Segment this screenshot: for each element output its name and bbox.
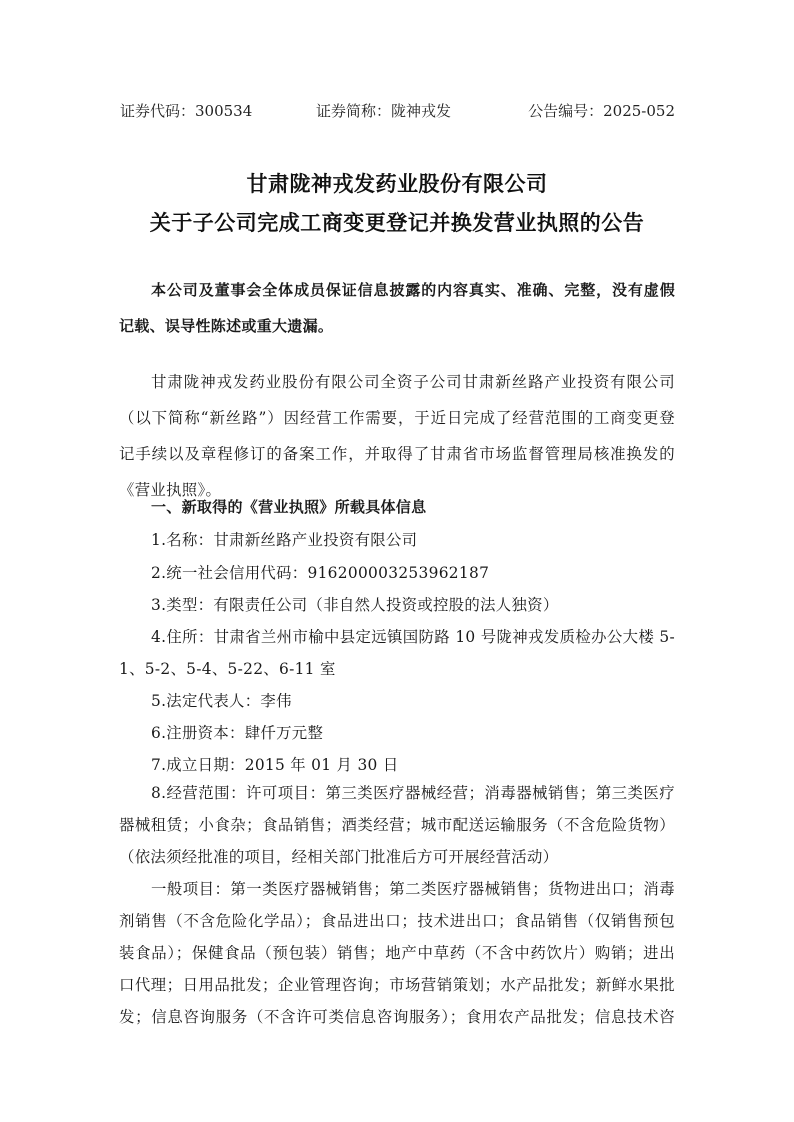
general-line-4: 口代理；日用品批发；企业管理咨询；市场营销策划；水产品批发；新鲜水果批 <box>119 973 675 995</box>
general-line-1: 一般项目：第一类医疗器械销售；第二类医疗器械销售；货物进出口；消毒 <box>151 877 675 899</box>
statement-line-2: 记载、误导性陈述或重大遗漏。 <box>119 315 675 336</box>
statement-line-1: 本公司及董事会全体成员保证信息披露的内容真实、准确、完整，没有虚假 <box>151 279 675 300</box>
scope-line-2: 器械租赁；小食杂；食品销售；酒类经营；城市配送运输服务（不含危险货物） <box>119 813 675 835</box>
stock-short-name: 证券简称：陇神戎发 <box>316 100 451 121</box>
document-page: 证券代码：300534 证券简称：陇神戎发 公告编号：2025-052 甘肃陇神… <box>0 0 794 1122</box>
scope-line-1: 8.经营范围：许可项目：第三类医疗器械经营；消毒器械销售；第三类医疗 <box>151 781 675 803</box>
stock-code: 证券代码：300534 <box>120 100 252 121</box>
item-capital: 6.注册资本：肆仟万元整 <box>151 721 675 743</box>
announcement-number: 公告编号：2025-052 <box>528 100 675 121</box>
item-established: 7.成立日期：2015 年 01 月 30 日 <box>151 753 675 775</box>
company-title: 甘肃陇神戎发药业股份有限公司 <box>0 168 794 198</box>
item-type: 3.类型：有限责任公司（非自然人投资或控股的法人独资） <box>151 593 675 615</box>
general-line-2: 剂销售（不含危险化学品）；食品进出口；技术进出口；食品销售（仅销售预包 <box>119 909 675 931</box>
general-line-3: 装食品）；保健食品（预包装）销售；地产中草药（不含中药饮片）购销；进出 <box>119 941 675 963</box>
intro-line-3: 记手续以及章程修订的备案工作，并取得了甘肃省市场监督管理局核准换发的 <box>119 442 675 464</box>
item-address-line-2: 1、5-2、5-4、5-22、6-11 室 <box>119 657 675 679</box>
item-name: 1.名称：甘肃新丝路产业投资有限公司 <box>151 528 675 550</box>
item-legal-rep: 5.法定代表人：李伟 <box>151 689 675 711</box>
intro-line-1: 甘肃陇神戎发药业股份有限公司全资子公司甘肃新丝路产业投资有限公司 <box>151 370 675 392</box>
announcement-header: 证券代码：300534 证券简称：陇神戎发 公告编号：2025-052 <box>120 100 675 124</box>
item-address-line-1: 4.住所：甘肃省兰州市榆中县定远镇国防路 10 号陇神戎发质检办公大楼 5- <box>151 625 675 647</box>
intro-line-2: （以下简称“新丝路”）因经营工作需要，于近日完成了经营范围的工商变更登 <box>119 406 675 428</box>
general-line-5: 发；信息咨询服务（不含许可类信息咨询服务）；食用农产品批发；信息技术咨 <box>119 1005 675 1027</box>
item-credit-code: 2.统一社会信用代码：916200003253962187 <box>151 561 675 583</box>
scope-line-3: （依法须经批准的项目，经相关部门批准后方可开展经营活动） <box>119 845 675 867</box>
announcement-title: 关于子公司完成工商变更登记并换发营业执照的公告 <box>0 207 794 237</box>
section-heading: 一、新取得的《营业执照》所载具体信息 <box>151 496 675 517</box>
